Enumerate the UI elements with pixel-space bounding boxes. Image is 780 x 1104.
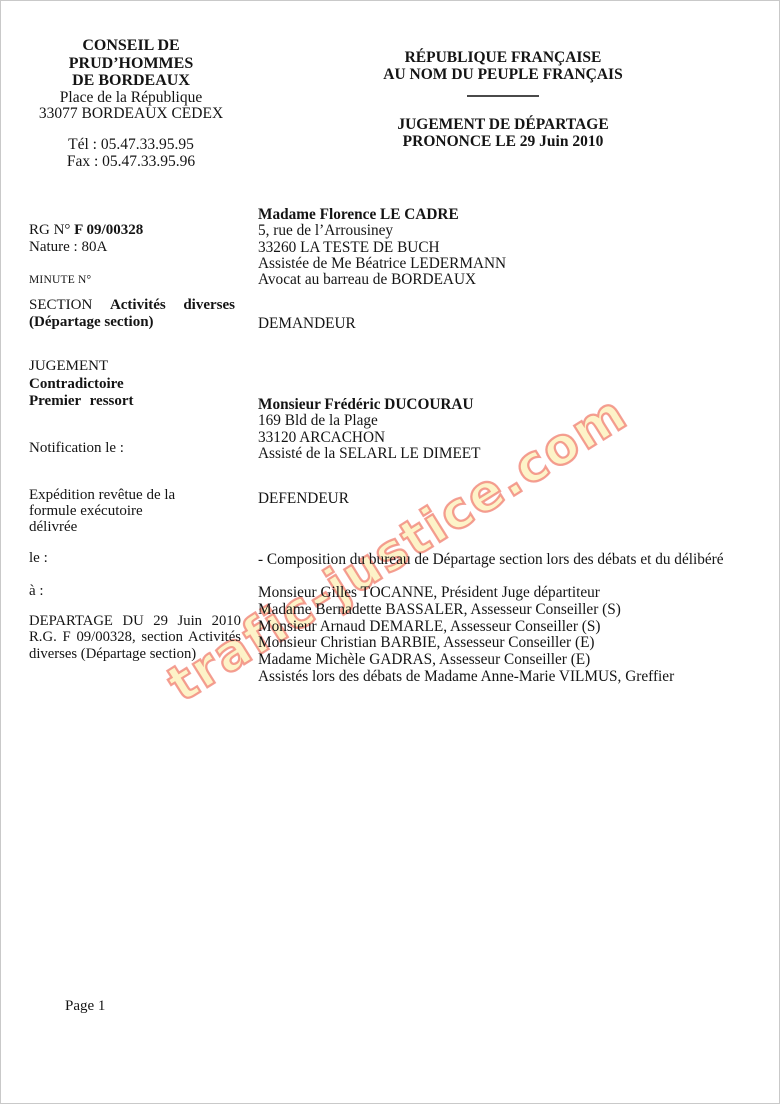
expedition-text: Expédition revêtue de la formule exécuto… — [29, 487, 187, 536]
judgment-type-contradictoire: Contradictoire — [29, 376, 235, 394]
plaintiff-assist-line1: Assistée de Me Béatrice LEDERMANN — [258, 256, 758, 272]
composition-member: Monsieur Gilles TOCANNE, Président Juge … — [258, 585, 768, 602]
composition-member: Assistés lors des débats de Madame Anne-… — [258, 669, 768, 686]
plaintiff-address-line2: 33260 LA TESTE DE BUCH — [258, 240, 758, 256]
section-label: SECTION — [29, 297, 92, 313]
rg-number-line: RG N° F 09/00328 — [29, 222, 239, 239]
defendant-address-line1: 169 Bld de la Plage — [258, 413, 758, 429]
section-block: SECTION Activités diverses (Départage se… — [29, 297, 235, 331]
judgment-type-premier-ressort: Premier ressort — [29, 393, 235, 411]
composition-member: Monsieur Arnaud DEMARLE, Assesseur Conse… — [258, 619, 768, 636]
composition-member: Monsieur Christian BARBIE, Assesseur Con… — [258, 635, 768, 652]
court-phone: Tél : 05.47.33.95.95 — [27, 136, 235, 154]
page-number: Page 1 — [65, 998, 105, 1015]
defendant-role-label: DEFENDEUR — [258, 491, 349, 507]
defendant-block: Monsieur Frédéric DUCOURAU 169 Bld de la… — [258, 397, 758, 462]
court-fax: Fax : 05.47.33.95.96 — [27, 153, 235, 171]
defendant-address-line2: 33120 ARCACHON — [258, 430, 758, 446]
rg-number: F 09/00328 — [74, 222, 143, 238]
court-header: CONSEIL DE PRUD’HOMMES DE BORDEAUX Place… — [27, 37, 235, 171]
composition-heading: - Composition du bureau de Départage sec… — [258, 552, 768, 568]
plaintiff-name: Madame Florence LE CADRE — [258, 207, 758, 223]
notification-label: Notification le : — [29, 440, 124, 457]
court-address-line2: 33077 BORDEAUX CEDEX — [27, 106, 235, 123]
le-label: le : — [29, 550, 48, 567]
case-reference-block: RG N° F 09/00328 Nature : 80A — [29, 222, 239, 256]
composition-member-list: Monsieur Gilles TOCANNE, Président Juge … — [258, 585, 768, 686]
rg-label: RG N° — [29, 222, 70, 238]
header-divider-rule — [467, 95, 539, 97]
republic-line1: RÉPUBLIQUE FRANÇAISE — [353, 49, 653, 66]
plaintiff-address-line1: 5, rue de l’Arrousiney — [258, 223, 758, 239]
a-label: à : — [29, 583, 44, 600]
judgment-document-page: trafic-justice.com CONSEIL DE PRUD’HOMME… — [0, 0, 780, 1104]
defendant-assist-line1: Assisté de la SELARL LE DIMEET — [258, 446, 758, 462]
court-name-line1: CONSEIL DE — [27, 37, 235, 55]
composition-member: Madame Bernadette BASSALER, Assesseur Co… — [258, 602, 768, 619]
republic-line2: AU NOM DU PEUPLE FRANÇAIS — [353, 66, 653, 83]
judgment-type-block: JUGEMENT Contradictoire Premier ressort — [29, 358, 235, 411]
departage-reference-text: DEPARTAGE DU 29 Juin 2010 R.G. F 09/0032… — [29, 613, 241, 662]
plaintiff-block: Madame Florence LE CADRE 5, rue de l’Arr… — [258, 207, 758, 288]
plaintiff-assist-line2: Avocat au barreau de BORDEAUX — [258, 272, 758, 288]
nature-line: Nature : 80A — [29, 239, 239, 256]
court-name-line3: DE BORDEAUX — [27, 72, 235, 90]
republic-header: RÉPUBLIQUE FRANÇAISE AU NOM DU PEUPLE FR… — [353, 49, 653, 150]
plaintiff-role-label: DEMANDEUR — [258, 316, 356, 332]
judgment-title-line2: PRONONCE LE 29 Juin 2010 — [353, 133, 653, 150]
defendant-name: Monsieur Frédéric DUCOURAU — [258, 397, 758, 413]
court-address-line1: Place de la République — [27, 90, 235, 107]
judgment-title-line1: JUGEMENT DE DÉPARTAGE — [353, 116, 653, 133]
court-name-line2: PRUD’HOMMES — [27, 55, 235, 73]
minute-number-label: MINUTE N° — [29, 272, 91, 289]
judgment-label: JUGEMENT — [29, 358, 235, 376]
composition-member: Madame Michèle GADRAS, Assesseur Conseil… — [258, 652, 768, 669]
